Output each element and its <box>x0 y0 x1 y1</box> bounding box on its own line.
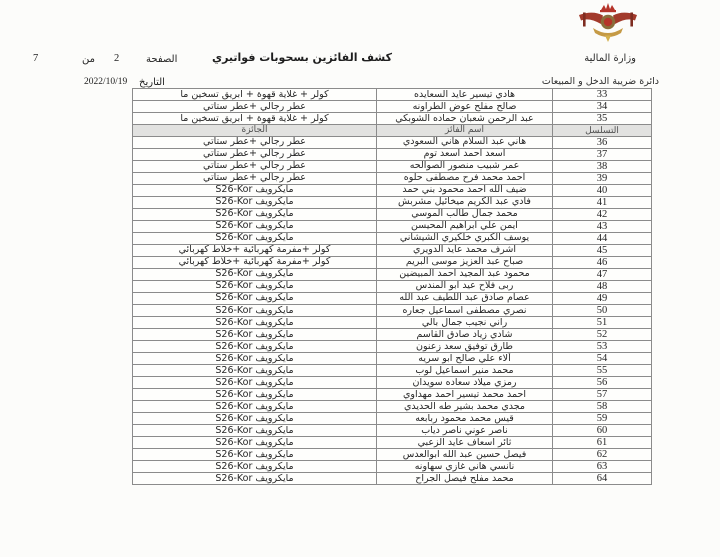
prize-cell: مايكرويف S26-Kor <box>133 304 377 316</box>
total-pages: 7 <box>33 53 38 64</box>
name-cell: احمد محمد تيسير احمد مهداوي <box>377 389 553 401</box>
prize-cell: عطر رجالي +عطر ستاتي <box>133 136 377 148</box>
winners-table: 33هادي تيسير عايد السعايدهكولر + غلاية ق… <box>132 88 652 485</box>
serial-cell: 38 <box>553 160 652 172</box>
table-row: 54ألاء علي صالح ابو سريهمايكرويف S26-Kor <box>133 353 652 365</box>
serial-cell: 62 <box>553 449 652 461</box>
table-row: 56رمزي ميلاد سعاده سويدانمايكرويف S26-Ko… <box>133 377 652 389</box>
of-label: من <box>82 54 95 65</box>
table-row: 52شادي زياد صادق القاسممايكرويف S26-Kor <box>133 329 652 341</box>
prize-cell: عطر رجالي +عطر ستاتي <box>133 148 377 160</box>
prize-cell: مايكرويف S26-Kor <box>133 208 377 220</box>
table-row: 39احمد محمد فرح مصطفى حلوهعطر رجالي +عطر… <box>133 172 652 184</box>
serial-cell: 47 <box>553 268 652 280</box>
prize-cell: مايكرويف S26-Kor <box>133 280 377 292</box>
table-row: 58مجدي محمد بشير طه الحديديمايكرويف S26-… <box>133 401 652 413</box>
table-row: 38عمر شبيب منصور الصوالحهعطر رجالي +عطر … <box>133 160 652 172</box>
name-cell: اسعد احمد اسعد توم <box>377 148 553 160</box>
prize-cell: مايكرويف S26-Kor <box>133 329 377 341</box>
page-number: 2 <box>114 53 119 64</box>
department-name: دائرة ضريبة الدخل و المبيعات <box>542 76 659 87</box>
table-row: 53طارق توفيق سعد زعنونمايكرويف S26-Kor <box>133 341 652 353</box>
prize-cell: عطر رجالي +عطر ستاتي <box>133 160 377 172</box>
serial-cell: 49 <box>553 292 652 304</box>
serial-cell: 44 <box>553 232 652 244</box>
prize-cell: مايكرويف S26-Kor <box>133 389 377 401</box>
name-cell: عبد الرحمن شعبان حماده الشوبكي <box>377 113 553 125</box>
prize-cell: مايكرويف S26-Kor <box>133 437 377 449</box>
name-cell: رمزي ميلاد سعاده سويدان <box>377 377 553 389</box>
table-row: 44يوسف الكبري خلكيري الشيشانيمايكرويف S2… <box>133 232 652 244</box>
table-row: 63نانسي هاني غازي سهاونهمايكرويف S26-Kor <box>133 461 652 473</box>
table-row: 37اسعد احمد اسعد تومعطر رجالي +عطر ستاتي <box>133 148 652 160</box>
prize-cell: عطر رجالي +عطر ستاتي <box>133 172 377 184</box>
serial-cell: 58 <box>553 401 652 413</box>
name-cell: ناصر عوني ناصر دياب <box>377 425 553 437</box>
name-cell: فادي عبد الكريم ميخائيل مشربش <box>377 196 553 208</box>
prize-cell: مايكرويف S26-Kor <box>133 268 377 280</box>
serial-cell: 54 <box>553 353 652 365</box>
table-row: 64محمد مفلح فيصل الجراحمايكرويف S26-Kor <box>133 473 652 485</box>
serial-cell: 46 <box>553 256 652 268</box>
table-row: 35عبد الرحمن شعبان حماده الشوبكيكولر + غ… <box>133 113 652 125</box>
serial-cell: 63 <box>553 461 652 473</box>
serial-cell: 64 <box>553 473 652 485</box>
name-cell: عمر شبيب منصور الصوالحه <box>377 160 553 172</box>
name-cell: يوسف الكبري خلكيري الشيشاني <box>377 232 553 244</box>
prize-cell: مايكرويف S26-Kor <box>133 292 377 304</box>
serial-cell: 35 <box>553 113 652 125</box>
date-label: التاريخ <box>139 77 165 88</box>
prize-cell: مايكرويف S26-Kor <box>133 461 377 473</box>
serial-cell: 40 <box>553 184 652 196</box>
name-cell: هاني عبد السلام هاني السعودي <box>377 136 553 148</box>
table-row: 36هاني عبد السلام هاني السعوديعطر رجالي … <box>133 136 652 148</box>
serial-cell: 52 <box>553 329 652 341</box>
serial-cell: 42 <box>553 208 652 220</box>
serial-cell: 45 <box>553 244 652 256</box>
name-cell: نصري مصطفى اسماعيل جعاره <box>377 304 553 316</box>
table-row: 49عصام صادق عبد اللطيف عبد اللهمايكرويف … <box>133 292 652 304</box>
table-header-row: التسلسلاسم الفائزالجائزة <box>133 125 652 137</box>
table-row: 42محمد جمال طالب الموسيمايكرويف S26-Kor <box>133 208 652 220</box>
table-row: 34صالح مفلح عوض الطراونهعطر رجالي +عطر س… <box>133 101 652 113</box>
table-row: 46صباح عبد العزيز موسى البريمكولر +مفرمة… <box>133 256 652 268</box>
table-row: 61ثائر اسعاف عايد الزعبيمايكرويف S26-Kor <box>133 437 652 449</box>
table-row: 62فيصل حسين عبد الله ابوالعدسمايكرويف S2… <box>133 449 652 461</box>
serial-cell: 48 <box>553 280 652 292</box>
prize-cell: كولر +مفرمة كهربائية +خلاط كهربائي <box>133 244 377 256</box>
table-row: 51راني نجيب جمال باليمايكرويف S26-Kor <box>133 317 652 329</box>
prize-cell: كولر + غلاية قهوة + ابريق تسخين ما <box>133 89 377 101</box>
serial-cell: 60 <box>553 425 652 437</box>
ministry-name: وزارة المالية <box>584 53 636 64</box>
prize-cell: مايكرويف S26-Kor <box>133 341 377 353</box>
serial-cell: 36 <box>553 136 652 148</box>
column-header-serial: التسلسل <box>553 125 652 137</box>
prize-cell: مايكرويف S26-Kor <box>133 425 377 437</box>
serial-cell: 37 <box>553 148 652 160</box>
serial-cell: 59 <box>553 413 652 425</box>
name-cell: شادي زياد صادق القاسم <box>377 329 553 341</box>
page-label: الصفحة <box>146 54 177 65</box>
report-title: كشف الفائزين بسحوبات فواتيري <box>212 51 392 64</box>
name-cell: محمد جمال طالب الموسي <box>377 208 553 220</box>
prize-cell: مايكرويف S26-Kor <box>133 353 377 365</box>
serial-cell: 57 <box>553 389 652 401</box>
serial-cell: 50 <box>553 304 652 316</box>
prize-cell: مايكرويف S26-Kor <box>133 401 377 413</box>
table-row: 55محمد منير اسماعيل لوبمايكرويف S26-Kor <box>133 365 652 377</box>
table-row: 45اشرف محمد عايد الدويريكولر +مفرمة كهرب… <box>133 244 652 256</box>
name-cell: ثائر اسعاف عايد الزعبي <box>377 437 553 449</box>
prize-cell: مايكرويف S26-Kor <box>133 317 377 329</box>
prize-cell: مايكرويف S26-Kor <box>133 184 377 196</box>
table-row: 48ربى فلاح عيد ابو المندسمايكرويف S26-Ko… <box>133 280 652 292</box>
name-cell: محمود عبد المجيد احمد المبيضين <box>377 268 553 280</box>
table-row: 57احمد محمد تيسير احمد مهداويمايكرويف S2… <box>133 389 652 401</box>
prize-cell: مايكرويف S26-Kor <box>133 413 377 425</box>
name-cell: فيصل حسين عبد الله ابوالعدس <box>377 449 553 461</box>
column-header-prize: الجائزة <box>133 125 377 137</box>
name-cell: ربى فلاح عيد ابو المندس <box>377 280 553 292</box>
name-cell: نانسي هاني غازي سهاونه <box>377 461 553 473</box>
serial-cell: 51 <box>553 317 652 329</box>
name-cell: احمد محمد فرح مصطفى حلوه <box>377 172 553 184</box>
serial-cell: 43 <box>553 220 652 232</box>
prize-cell: كولر +مفرمة كهربائية +خلاط كهربائي <box>133 256 377 268</box>
table-row: 47محمود عبد المجيد احمد المبيضينمايكرويف… <box>133 268 652 280</box>
name-cell: قيس محمد محمود ربابعه <box>377 413 553 425</box>
name-cell: محمد منير اسماعيل لوب <box>377 365 553 377</box>
table-row: 50نصري مصطفى اسماعيل جعارهمايكرويف S26-K… <box>133 304 652 316</box>
name-cell: طارق توفيق سعد زعنون <box>377 341 553 353</box>
name-cell: صالح مفلح عوض الطراونه <box>377 101 553 113</box>
prize-cell: مايكرويف S26-Kor <box>133 365 377 377</box>
name-cell: ضيف الله احمد محمود بني حمد <box>377 184 553 196</box>
serial-cell: 33 <box>553 89 652 101</box>
name-cell: اشرف محمد عايد الدويري <box>377 244 553 256</box>
prize-cell: مايكرويف S26-Kor <box>133 473 377 485</box>
name-cell: هادي تيسير عايد السعايده <box>377 89 553 101</box>
prize-cell: مايكرويف S26-Kor <box>133 196 377 208</box>
winners-table-body: 33هادي تيسير عايد السعايدهكولر + غلاية ق… <box>133 89 652 485</box>
prize-cell: كولر + غلاية قهوة + ابريق تسخين ما <box>133 113 377 125</box>
prize-cell: عطر رجالي +عطر ستاتي <box>133 101 377 113</box>
name-cell: ايمن علي ابراهيم المحيسن <box>377 220 553 232</box>
table-row: 60ناصر عوني ناصر ديابمايكرويف S26-Kor <box>133 425 652 437</box>
serial-cell: 41 <box>553 196 652 208</box>
serial-cell: 39 <box>553 172 652 184</box>
serial-cell: 61 <box>553 437 652 449</box>
column-header-name: اسم الفائز <box>377 125 553 137</box>
document-page: وزارة المالية دائرة ضريبة الدخل و المبيع… <box>0 0 720 557</box>
table-row: 43ايمن علي ابراهيم المحيسنمايكرويف S26-K… <box>133 220 652 232</box>
table-row: 59قيس محمد محمود ربابعهمايكرويف S26-Kor <box>133 413 652 425</box>
name-cell: صباح عبد العزيز موسى البريم <box>377 256 553 268</box>
name-cell: مجدي محمد بشير طه الحديدي <box>377 401 553 413</box>
table-row: 41فادي عبد الكريم ميخائيل مشربشمايكرويف … <box>133 196 652 208</box>
prize-cell: مايكرويف S26-Kor <box>133 220 377 232</box>
table-row: 33هادي تيسير عايد السعايدهكولر + غلاية ق… <box>133 89 652 101</box>
serial-cell: 55 <box>553 365 652 377</box>
serial-cell: 56 <box>553 377 652 389</box>
name-cell: عصام صادق عبد اللطيف عبد الله <box>377 292 553 304</box>
serial-cell: 53 <box>553 341 652 353</box>
prize-cell: مايكرويف S26-Kor <box>133 449 377 461</box>
name-cell: ألاء علي صالح ابو سريه <box>377 353 553 365</box>
prize-cell: مايكرويف S26-Kor <box>133 377 377 389</box>
date-value: 2022/10/19 <box>84 77 127 87</box>
jordan-coat-of-arms-icon <box>575 2 641 44</box>
name-cell: محمد مفلح فيصل الجراح <box>377 473 553 485</box>
table-row: 40ضيف الله احمد محمود بني حمدمايكرويف S2… <box>133 184 652 196</box>
prize-cell: مايكرويف S26-Kor <box>133 232 377 244</box>
name-cell: راني نجيب جمال بالي <box>377 317 553 329</box>
serial-cell: 34 <box>553 101 652 113</box>
